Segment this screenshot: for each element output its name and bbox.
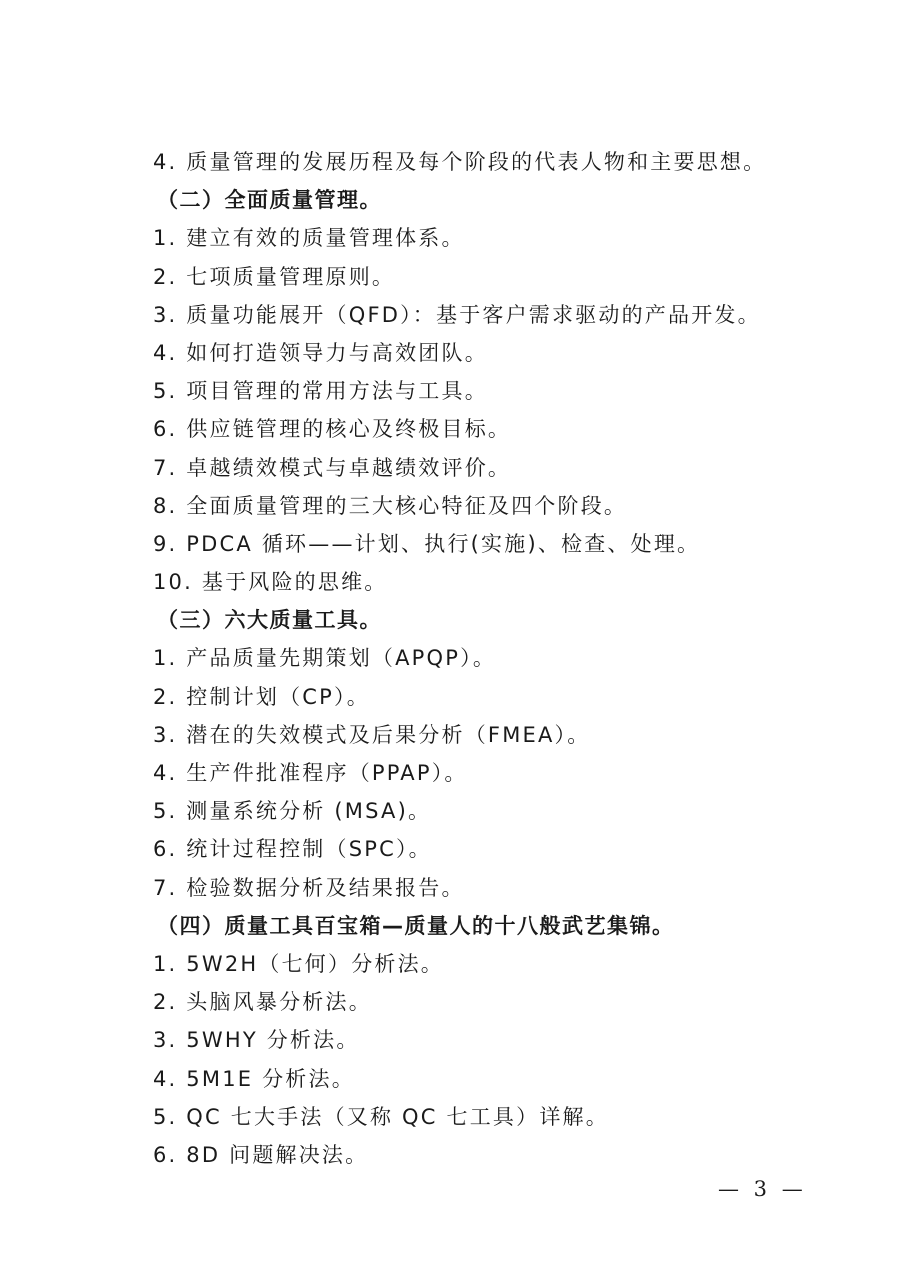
list-item: 10. 基于风险的思维。 <box>153 563 793 601</box>
list-item: 4. 5M1E 分析法。 <box>153 1060 793 1098</box>
section-heading: （三）六大质量工具。 <box>157 601 793 639</box>
list-item: 4. 质量管理的发展历程及每个阶段的代表人物和主要思想。 <box>153 143 793 181</box>
list-item: 7. 检验数据分析及结果报告。 <box>153 869 793 907</box>
page-number: — 3 — <box>718 1177 807 1201</box>
list-item: 3. 5WHY 分析法。 <box>153 1021 793 1059</box>
list-item: 4. 生产件批准程序（PPAP）。 <box>153 754 793 792</box>
list-item: 1. 产品质量先期策划（APQP）。 <box>153 639 793 677</box>
list-item: 2. 控制计划（CP）。 <box>153 678 793 716</box>
list-item: 8. 全面质量管理的三大核心特征及四个阶段。 <box>153 487 793 525</box>
list-item: 5. 项目管理的常用方法与工具。 <box>153 372 793 410</box>
list-item: 2. 七项质量管理原则。 <box>153 258 793 296</box>
list-item: 3. 质量功能展开（QFD）：基于客户需求驱动的产品开发。 <box>153 296 793 334</box>
list-item: 6. 统计过程控制（SPC）。 <box>153 830 793 868</box>
list-item: 3. 潜在的失效模式及后果分析（FMEA）。 <box>153 716 793 754</box>
list-item: 5. QC 七大手法（又称 QC 七工具）详解。 <box>153 1098 793 1136</box>
list-item: 4. 如何打造领导力与高效团队。 <box>153 334 793 372</box>
section-heading: （二）全面质量管理。 <box>157 181 793 219</box>
list-item: 6. 8D 问题解决法。 <box>153 1136 793 1174</box>
document-body: 4. 质量管理的发展历程及每个阶段的代表人物和主要思想。 （二）全面质量管理。 … <box>153 143 793 1174</box>
list-item: 6. 供应链管理的核心及终极目标。 <box>153 410 793 448</box>
list-item: 1. 建立有效的质量管理体系。 <box>153 219 793 257</box>
list-item: 2. 头脑风暴分析法。 <box>153 983 793 1021</box>
list-item: 9. PDCA 循环——计划、执行(实施)、检查、处理。 <box>153 525 793 563</box>
list-item: 7. 卓越绩效模式与卓越绩效评价。 <box>153 449 793 487</box>
list-item: 5. 测量系统分析 (MSA)。 <box>153 792 793 830</box>
section-heading: （四）质量工具百宝箱—质量人的十八般武艺集锦。 <box>157 907 793 945</box>
list-item: 1. 5W2H（七何）分析法。 <box>153 945 793 983</box>
